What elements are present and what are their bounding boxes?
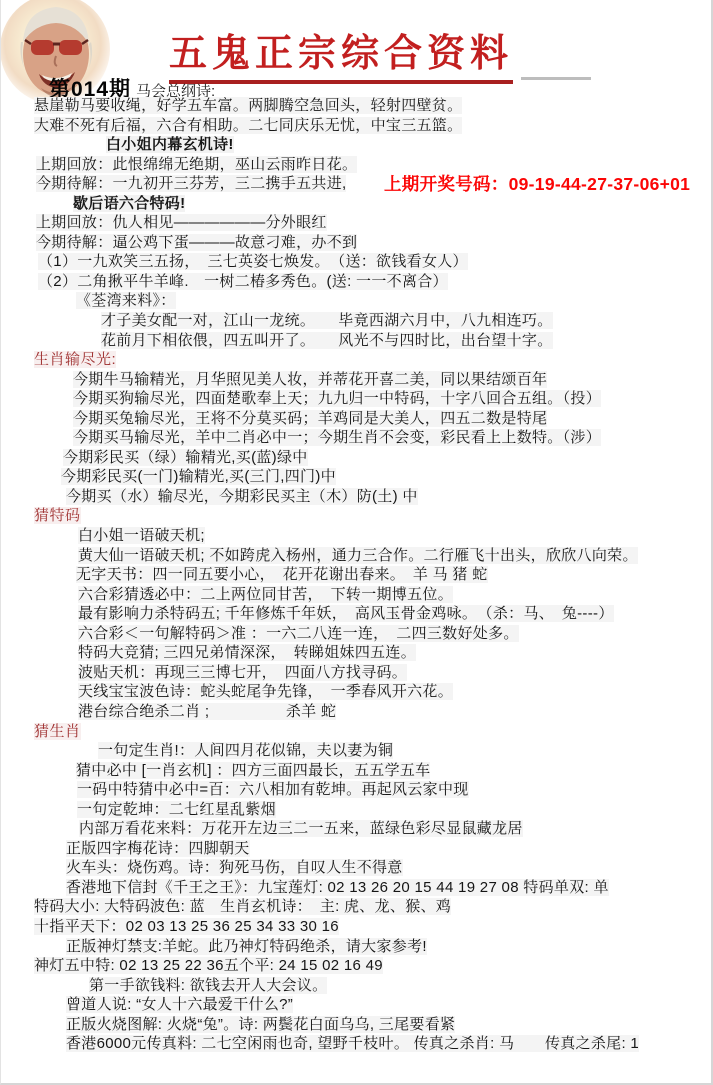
text-line: 花前月下相依偎，四五叫开了。 风光不与四时比，出台望十字。 bbox=[1, 331, 713, 351]
text-line: 今期牛马输精光，月华照见美人妆，并蒂花开喜二美，同以果结颂百年 bbox=[1, 370, 713, 390]
text-line: 今期待解：逼公鸡下蛋———故意刁难，办不到 bbox=[1, 233, 713, 253]
text-line: 白小姐一语破天机; bbox=[1, 526, 713, 546]
text-line: 无字天书：四一同五要小心， 花开花谢出春来。 羊 马 猪 蛇 bbox=[1, 565, 713, 585]
text-line: （1）一九欢笑三五扬， 三七英姿七焕发。 （送：欲钱看女人） bbox=[1, 252, 713, 272]
text-line: 一句定乾坤：二七红星乱紫烟 bbox=[1, 800, 713, 820]
text-line: 正版四字梅花诗：四脚朝天 bbox=[1, 839, 713, 859]
text-line: 大难不死有后福，六合有相助。二七同庆乐无忧，中宝三五篮。 bbox=[1, 116, 713, 136]
text-line: 今期彩民买(一门)输精光,买(三门,四门)中 bbox=[1, 467, 713, 487]
text-line: 一码中特猜中必中=百：六八相加有乾坤。再起风云家中现 bbox=[1, 780, 713, 800]
text-line: 香港6000元传真料: 二七空闲雨也奇, 望野千枝叶。 传真之杀肖: 马 传真之… bbox=[1, 1034, 713, 1054]
text-line: 第一手欲钱料: 欲钱去开人大会议。 bbox=[1, 976, 713, 996]
text-line: 神灯五中特: 02 13 25 22 36五个平: 24 15 02 16 49 bbox=[1, 956, 713, 976]
text-line: 一句定生肖!：人间四月花似锦，夫以妻为铜 bbox=[1, 741, 713, 761]
text-lines: 悬崖勒马要收绳，好学五车富。两脚腾空急回头，轻射四壁贫。大难不死有后福，六合有相… bbox=[1, 96, 713, 1054]
section-header: 生肖输尽光: bbox=[1, 350, 713, 370]
text-line: 特码大竞猜; 三四兄弟情深深， 转睇姐妹四五连。 bbox=[1, 643, 713, 663]
text-line: 今期买（水）输尽光，今期彩民买主（木）防(土) 中 bbox=[1, 487, 713, 507]
text-line: 今期待解：一九初开三芬芳，三二携手五共进, bbox=[1, 174, 713, 194]
text-line: 悬崖勒马要收绳，好学五车富。两脚腾空急回头，轻射四壁贫。 bbox=[1, 96, 713, 116]
text-line: 香港地下信封《千王之王》：九宝莲灯: 02 13 26 20 15 44 19 … bbox=[1, 878, 713, 898]
text-line: 今期彩民买（绿）输精光,买(蓝)绿中 bbox=[1, 448, 713, 468]
text-line: 今期买马输尽光，羊中二肖必中一；今期生肖不会变，彩民看上上数特。（涉） bbox=[1, 428, 713, 448]
text-line: 才子美女配一对，江山一龙统。 毕竟西湖六月中，八九相连巧。 bbox=[1, 311, 713, 331]
text-line: 火车头：烧伤鸡。诗：狗死马伤，自叹人生不得意 bbox=[1, 858, 713, 878]
title-tail-line bbox=[521, 77, 591, 80]
text-line: 港台综合绝杀二肖 ; 杀羊 蛇 bbox=[1, 702, 713, 722]
lottery-tip-sheet: 五鬼正宗综合资料 第014期马会总纲诗: 上期开奖号码：09-19-44-27-… bbox=[0, 0, 713, 1085]
title-row: 五鬼正宗综合资料 bbox=[169, 22, 591, 84]
text-line: 黄大仙一语破天机; 不如跨虎入杨州，通力三合作。二行雁飞十出头，欣欣八向荣。 bbox=[1, 546, 713, 566]
text-line: 今期买兔输尽光，王将不分莫买码；羊鸡同是大美人，四五二数是特尾 bbox=[1, 409, 713, 429]
text-line: （2）二角揪平牛羊峰. 一树二椿多秀色。(送: 一一不离合） bbox=[1, 272, 713, 292]
text-line: 波贴天机：再现三三博七开， 四面八方找寻码。 bbox=[1, 663, 713, 683]
text-line: 上期回放：此恨绵绵无绝期，巫山云雨昨日花。 bbox=[1, 155, 713, 175]
text-line: 正版火烧图解: 火烧“兔”。诗: 两鬓花白面乌乌, 三尾要看紧 bbox=[1, 1015, 713, 1035]
text-line: 正版神灯禁支:羊蛇。此乃神灯特码绝杀，请大家参考! bbox=[1, 937, 713, 957]
text-line: 最有影响力杀特码五; 千年修炼千年妖， 高风玉骨金鸡咏。 （杀：马、 兔----… bbox=[1, 604, 713, 624]
text-line: 特码大小: 大特码波色: 蓝 生肖玄机诗： 主: 虎、龙、猴、鸡 bbox=[1, 897, 713, 917]
section-header: 猜生肖 bbox=[1, 722, 713, 742]
text-line: 白小姐内幕玄机诗! bbox=[1, 135, 713, 155]
text-line: 曾道人说: “女人十六最爱干什么?” bbox=[1, 995, 713, 1015]
text-line: 《荃湾来料》： bbox=[1, 291, 713, 311]
text-line: 歇后语六合特码! bbox=[1, 194, 713, 214]
text-line: 天线宝宝波色诗：蛇头蛇尾争先锋， 一季春风开六花。 bbox=[1, 682, 713, 702]
text-line: 今期买狗输尽光，四面楚歌奉上天；九九归一中特码，十字八回合五组。（投） bbox=[1, 389, 713, 409]
text-line: 十指平天下：02 03 13 25 36 25 34 33 30 16 bbox=[1, 917, 713, 937]
text-line: 上期回放：仇人相见——————分外眼红 bbox=[1, 213, 713, 233]
text-line: 六合彩＜一句解特码＞准 ：一六二八连一连， 二四三数好处多。 bbox=[1, 624, 713, 644]
text-line: 内部万看花来料：万花开左边三二一五来，蓝绿色彩尽显鼠藏龙居 bbox=[1, 819, 713, 839]
page-title: 五鬼正宗综合资料 bbox=[169, 22, 513, 84]
text-line: 猜中必中 [一肖玄机] ：四方三面四最长，五五学五车 bbox=[1, 761, 713, 781]
section-header: 猜特码 bbox=[1, 506, 713, 526]
text-line: 六合彩猜透必中：二上两位同甘苦， 下转一期博五位。 bbox=[1, 585, 713, 605]
